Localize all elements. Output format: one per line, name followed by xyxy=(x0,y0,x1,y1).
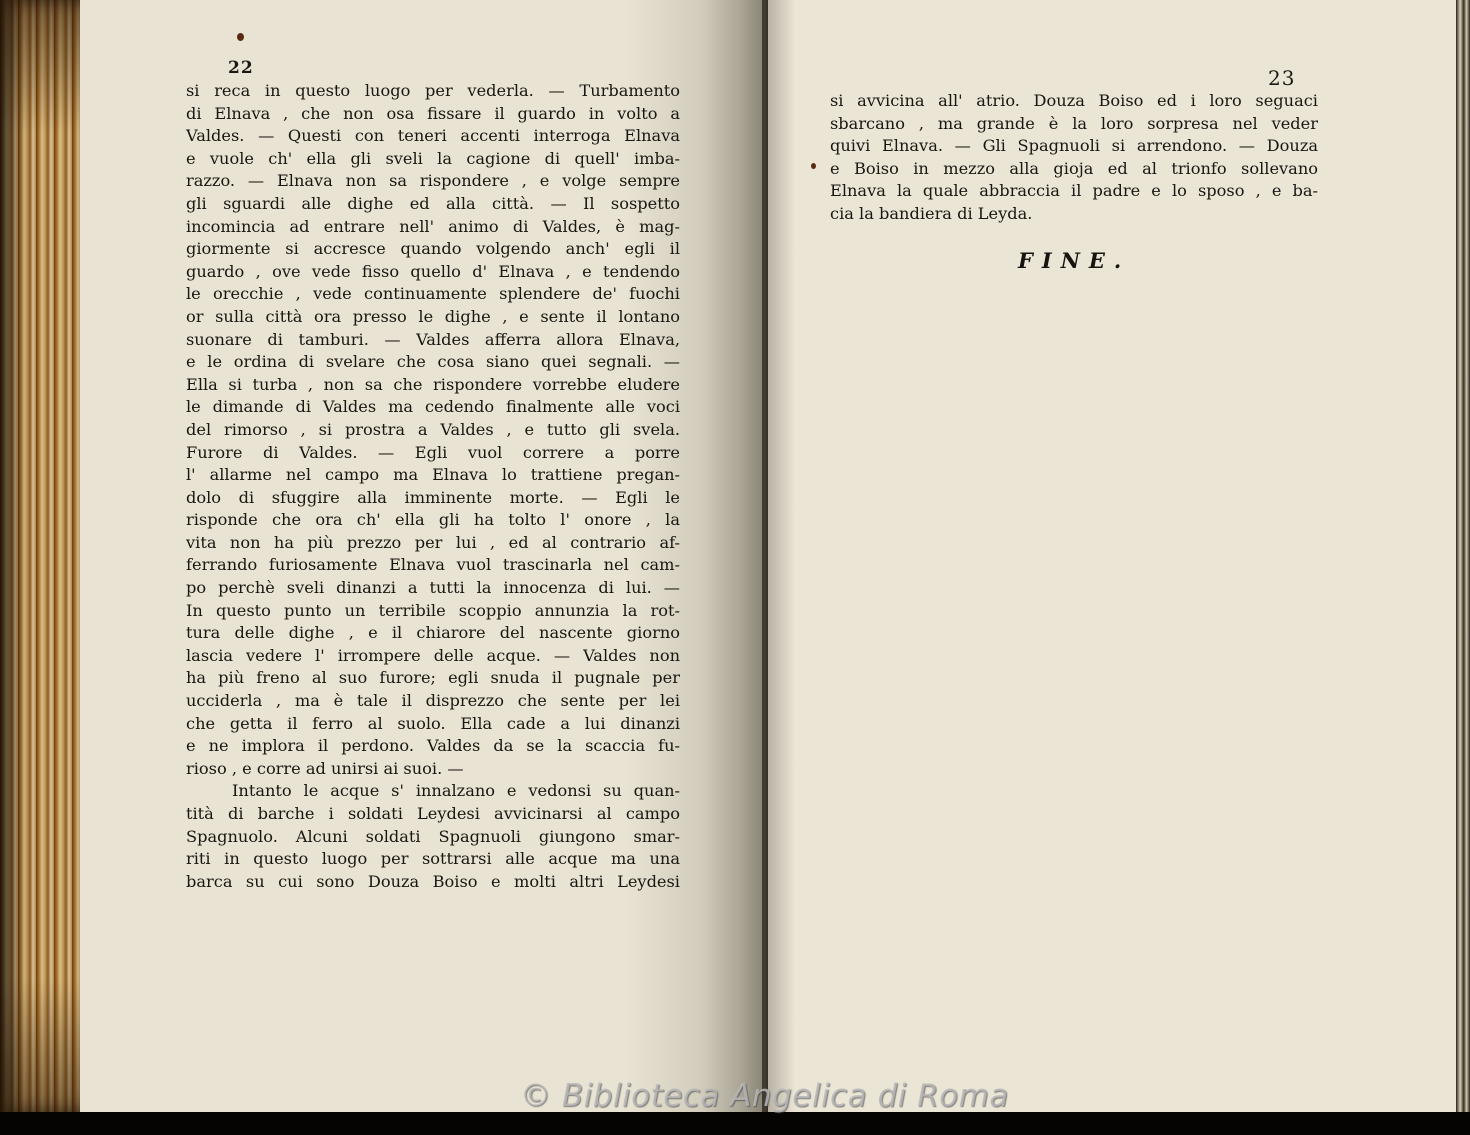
text-line: gli sguardi alle dighe ed alla città. — … xyxy=(186,193,680,216)
text-line: cia la bandiera di Leyda. xyxy=(830,203,1318,226)
text-line: quivi Elnava. — Gli Spagnuoli si arrendo… xyxy=(830,135,1318,158)
text-line: or sulla città ora presso le dighe , e s… xyxy=(186,306,680,329)
text-line: tura delle dighe , e il chiarore del nas… xyxy=(186,622,680,645)
text-line: razzo. — Elnava non sa rispondere , e vo… xyxy=(186,170,680,193)
text-line: Elnava la quale abbraccia il padre e lo … xyxy=(830,180,1318,203)
text-line: lascia vedere l' irrompere delle acque. … xyxy=(186,645,680,668)
text-line: che getta il ferro al suolo. Ella cade a… xyxy=(186,713,680,736)
text-line: riti in questo luogo per sottrarsi alle … xyxy=(186,848,680,871)
text-line: le orecchie , vede continuamente splende… xyxy=(186,283,680,306)
text-line: l' allarme nel campo ma Elnava lo tratti… xyxy=(186,464,680,487)
book-fore-edge xyxy=(0,0,80,1112)
gutter-shadow xyxy=(700,0,766,1112)
end-mark-fine: FINE. xyxy=(1018,248,1130,273)
page-number-right: 23 xyxy=(1268,66,1295,90)
text-line: po perchè sveli dinanzi a tutti la innoc… xyxy=(186,577,680,600)
text-line: sbarcano , ma grande è la loro sorpresa … xyxy=(830,113,1318,136)
text-line: Furore di Valdes. — Egli vuol correre a … xyxy=(186,442,680,465)
text-line: ferrando furiosamente Elnava vuol trasci… xyxy=(186,554,680,577)
text-line: barca su cui sono Douza Boiso e molti al… xyxy=(186,871,680,894)
text-line: Ella si turba , non sa che rispondere vo… xyxy=(186,374,680,397)
ink-spot xyxy=(237,33,244,41)
text-line: e ne implora il perdono. Valdes da se la… xyxy=(186,735,680,758)
text-line: tità di barche i soldati Leydesi avvicin… xyxy=(186,803,680,826)
text-line: ucciderla , ma è tale il disprezzo che s… xyxy=(186,690,680,713)
bottom-shadow xyxy=(0,1112,1470,1135)
right-page-edge xyxy=(1456,0,1470,1112)
copyright-watermark: © Biblioteca Angelica di Roma xyxy=(520,1078,1009,1114)
text-line: e Boiso in mezzo alla gioja ed al trionf… xyxy=(830,158,1318,181)
ink-spot xyxy=(811,163,816,169)
text-line: rioso , e corre ad unirsi ai suoi. — xyxy=(186,758,680,781)
text-line: e vuole ch' ella gli sveli la cagione di… xyxy=(186,148,680,171)
text-line: suonare di tamburi. — Valdes afferra all… xyxy=(186,329,680,352)
text-line: del rimorso , si prostra a Valdes , e tu… xyxy=(186,419,680,442)
text-line: Spagnuolo. Alcuni soldati Spagnuoli giun… xyxy=(186,826,680,849)
text-line: e le ordina di svelare che cosa siano qu… xyxy=(186,351,680,374)
left-page-text: si reca in questo luogo per vederla. — T… xyxy=(186,80,680,893)
text-line: giormente si accresce quando volgendo an… xyxy=(186,238,680,261)
text-line: guardo , ove vede fisso quello d' Elnava… xyxy=(186,261,680,284)
text-line: ha più freno al suo furore; egli snuda i… xyxy=(186,667,680,690)
text-line: di Elnava , che non osa fissare il guard… xyxy=(186,103,680,126)
text-line: vita non ha più prezzo per lui , ed al c… xyxy=(186,532,680,555)
right-page-text: si avvicina all' atrio. Douza Boiso ed i… xyxy=(830,90,1318,226)
text-line: Intanto le acque s' innalzano e vedonsi … xyxy=(186,780,680,803)
text-line: incomincia ad entrare nell' animo di Val… xyxy=(186,216,680,239)
text-line: Valdes. — Questi con teneri accenti inte… xyxy=(186,125,680,148)
page-number-left: 22 xyxy=(228,58,254,78)
text-line: si reca in questo luogo per vederla. — T… xyxy=(186,80,680,103)
text-line: risponde che ora ch' ella gli ha tolto l… xyxy=(186,509,680,532)
text-line: dolo di sfuggire alla imminente morte. —… xyxy=(186,487,680,510)
open-book: 22 23 si reca in questo luogo per vederl… xyxy=(0,0,1470,1118)
text-line: si avvicina all' atrio. Douza Boiso ed i… xyxy=(830,90,1318,113)
text-line: In questo punto un terribile scoppio ann… xyxy=(186,600,680,623)
text-line: le dimande di Valdes ma cedendo finalmen… xyxy=(186,396,680,419)
